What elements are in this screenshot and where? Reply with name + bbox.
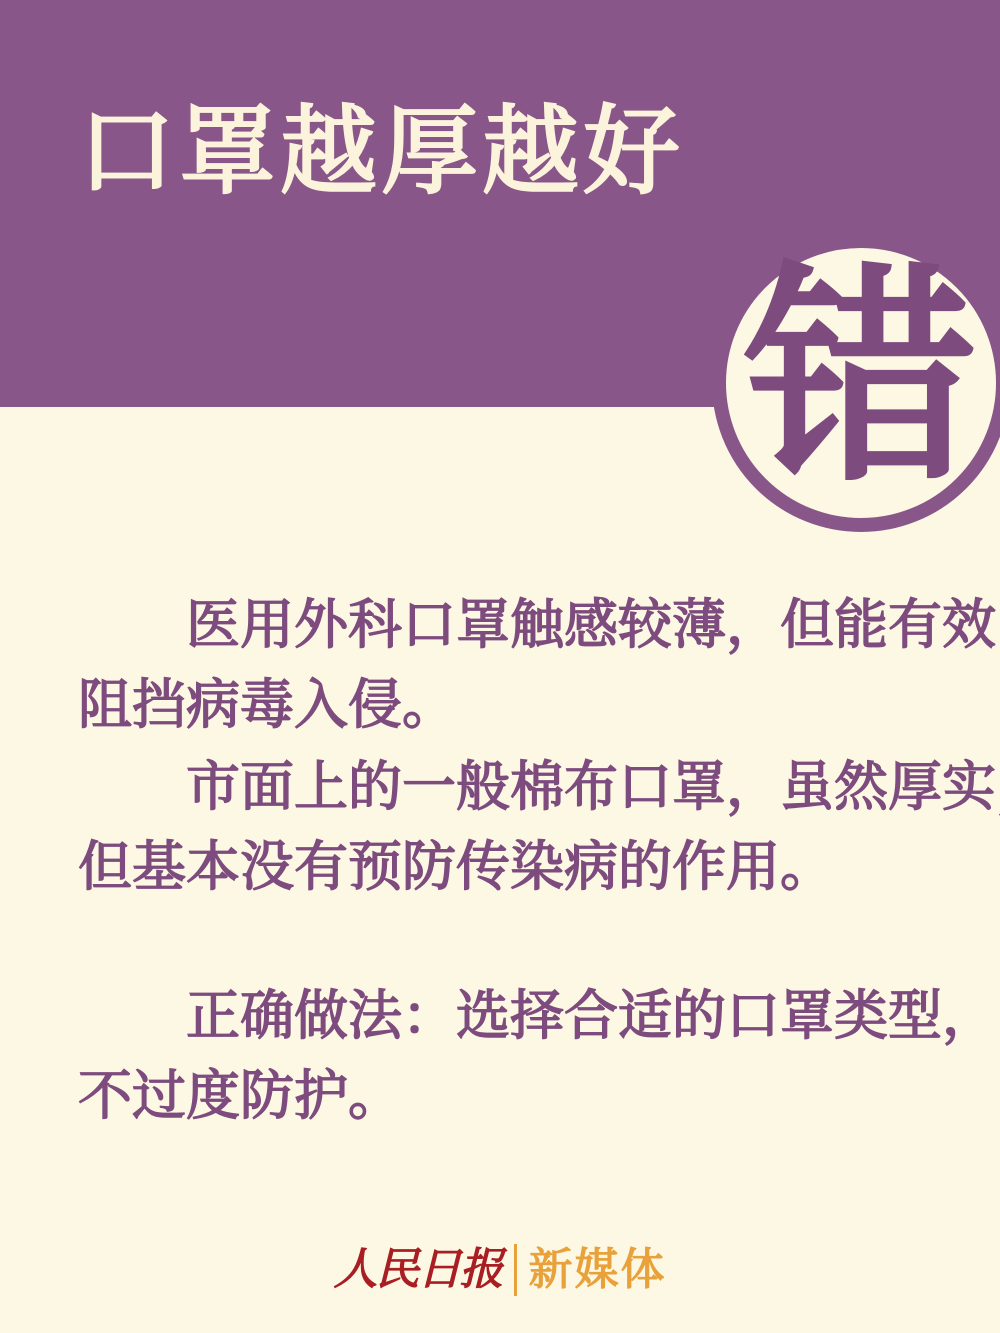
poster-title: 口罩越厚越好 [78, 96, 684, 208]
new-media-label: 新媒体 [529, 1248, 667, 1292]
paragraph-line: 但基本没有预防传染病的作用。 [78, 826, 1000, 906]
footer-brand-lockup: 人民日报 新媒体 [0, 1244, 1000, 1296]
paragraph-line: 不过度防护。 [78, 1056, 996, 1136]
wrong-stamp-circle: 错 [712, 234, 1000, 532]
paragraph-surgical-mask: 医用外科口罩触感较薄，但能有效 阻挡病毒入侵。 [78, 584, 996, 744]
wrong-mark-character: 错 [745, 261, 977, 493]
paragraph-line: 市面上的一般棉布口罩，虽然厚实， [78, 746, 1000, 826]
peoples-daily-logo: 人民日报 [334, 1248, 502, 1292]
brand-divider-line [514, 1244, 517, 1296]
paragraph-correct-practice: 正确做法：选择合适的口罩类型， 不过度防护。 [78, 976, 996, 1136]
poster-page: 口罩越厚越好 错 医用外科口罩触感较薄，但能有效 阻挡病毒入侵。 市面上的一般棉… [0, 0, 1000, 1333]
paragraph-cotton-mask: 市面上的一般棉布口罩，虽然厚实， 但基本没有预防传染病的作用。 [78, 746, 1000, 906]
paragraph-line: 正确做法：选择合适的口罩类型， [78, 976, 996, 1056]
paragraph-line: 医用外科口罩触感较薄，但能有效 [78, 584, 996, 664]
paragraph-line: 阻挡病毒入侵。 [78, 664, 996, 744]
